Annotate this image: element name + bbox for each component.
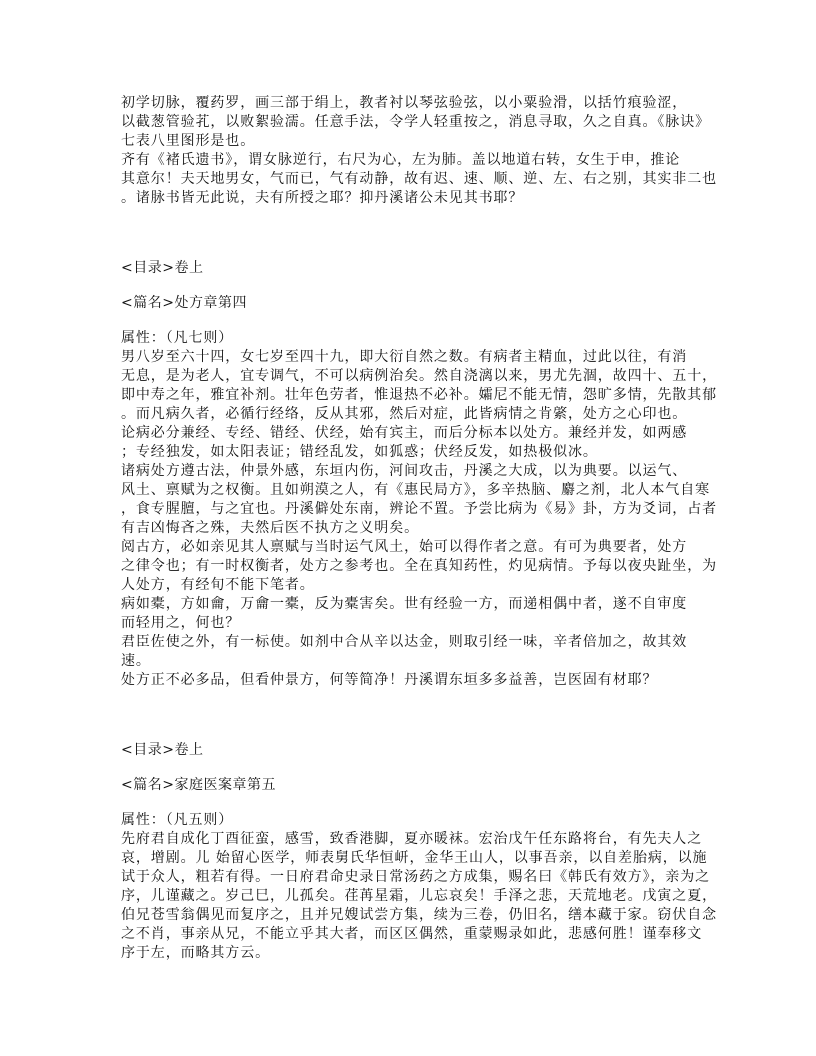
catalog-heading: <目录>卷上 [121,741,701,760]
text-line: 君臣佐使之外，有一标使。如剂中合从辛以达金，则取引经一味，辛者倍加之，故其效 [121,633,701,652]
chapter-title: <篇名>处方章第四 [121,294,701,313]
text-line: 阅古方，必如亲见其人禀赋与当时运气风土，始可以得作者之意。有可为典要者，处方 [121,538,701,557]
text-line: 序于左，而略其方云。 [121,944,701,963]
section-gap [121,208,701,259]
text-line: 论病必分兼经、专经、错经、伏经，始有宾主，而后分标本以处方。兼经并发，如两感 [121,424,701,443]
attribute-line: 属性：（凡五则） [121,811,701,830]
section-prescription-chapter: <目录>卷上 <篇名>处方章第四 属性：（凡七则） 男八岁至六十四，女七岁至四十… [121,259,701,690]
text-line: 。诸脉书皆无此说，夫有所授之耶？抑丹溪诸公未见其书耶？ [121,189,701,208]
text-line: 无息，是为老人，宜专调气，不可以病例治矣。然自浇漓以来，男尤先涸，故四十、五十， [121,367,701,386]
section-family-cases-chapter: <目录>卷上 <篇名>家庭医案章第五 属性：（凡五则） 先府君自成化丁酉征蛮，感… [121,741,701,963]
text-line: 伯兄苍雪翁偶见而复序之，且并兄嫂试尝方集，续为三卷，仍旧名，缮本藏于家。窃伏自念 [121,906,701,925]
text-line: 即中寿之年，雅宜补剂。壮年色劳者，惟退热不必补。孀尼不能无情，怨旷多情，先散其郁 [121,386,701,405]
text-line: 速。 [121,652,701,671]
heading-gap [121,795,701,811]
text-line: 之律令也；有一时权衡者，处方之参考也。全在真知药性，灼见病情。予每以夜央趾坐，为 [121,557,701,576]
chapter-title: <篇名>家庭医案章第五 [121,776,701,795]
text-line: ；专经独发，如太阳表证；错经乱发，如狐惑；伏经反发，如热极似冰。 [121,443,701,462]
section-gap [121,690,701,741]
heading-gap [121,760,701,776]
text-line: 风土、禀赋为之权衡。且如朔漠之人，有《惠民局方》，多辛热脑、麝之剂，北人本气自寒 [121,481,701,500]
text-line: 处方正不必多品，但看仲景方，何等简净！丹溪谓东垣多多益善，岂医固有材耶？ [121,671,701,690]
text-line: 之不肖，事亲从兄，不能立乎其大者，而区区偶然，重蒙赐录如此，悲感何胜！谨奉移文 [121,925,701,944]
catalog-heading: <目录>卷上 [121,259,701,278]
text-line: 人处方，有经旬不能下笔者。 [121,576,701,595]
heading-gap [121,278,701,294]
text-line: 以截葱管验芤，以败絮验濡。任意手法，令学人轻重按之，消息寻取，久之自真。《脉诀》 [121,113,701,132]
text-line: 有吉凶悔吝之殊，夫然后医不执方之义明矣。 [121,519,701,538]
text-line: 其意尔！夫天地男女，气而已，气有动静，故有迟、速、顺、逆、左、右之别，其实非二也 [121,170,701,189]
text-line: 先府君自成化丁酉征蛮，感雪，致香港脚，夏亦暖袜。宏治戊午任东路将台，有先夫人之 [121,830,701,849]
text-line: 初学切脉，覆药罗，画三部于绢上，教者衬以琴弦验弦，以小粟验滑，以括竹痕验涩， [121,94,701,113]
text-line: 齐有《褚氏遗书》，谓女脉逆行，右尺为心，左为肺。盖以地道右转，女生于申，推论 [121,151,701,170]
text-line: 而轻用之，何也？ [121,614,701,633]
text-line: 七表八里图形是也。 [121,132,701,151]
text-line: 男八岁至六十四，女七岁至四十九，即大衍自然之数。有病者主精血，过此以往，有消 [121,348,701,367]
text-line: 试于众人，粗若有得。一日府君命史录日常汤药之方成集，赐名曰《韩氏有效方》，亲为之 [121,868,701,887]
text-line: 。而凡病久者，必循行经络，反从其邪，然后对症，此皆病情之肯綮，处方之心印也。 [121,405,701,424]
text-line: 病如橐，方如龠，万龠一橐，反为橐害矣。世有经验一方，而递相偶中者，遂不自审度 [121,595,701,614]
text-line: ，食专腥膻，与之宜也。丹溪僻处东南，辨论不置。予尝比病为《易》卦，方为爻词，占者 [121,500,701,519]
document-page: 初学切脉，覆药罗，画三部于绢上，教者衬以琴弦验弦，以小粟验滑，以括竹痕验涩， 以… [121,94,701,963]
text-line: 序，儿谨藏之。岁己巳，儿孤矣。荏苒星霜，儿忘哀矣！手泽之悲，天荒地老。戊寅之夏， [121,887,701,906]
text-line: 诸病处方遵古法，仲景外感，东垣内伤，河间攻击，丹溪之大成，以为典要。以运气、 [121,462,701,481]
section-pulse-text: 初学切脉，覆药罗，画三部于绢上，教者衬以琴弦验弦，以小粟验滑，以括竹痕验涩， 以… [121,94,701,208]
attribute-line: 属性：（凡七则） [121,329,701,348]
heading-gap [121,313,701,329]
text-line: 哀，增剧。儿 始留心医学，师表舅氏华恒岍，金华王山人，以事吾亲，以自差胎病，以施 [121,849,701,868]
